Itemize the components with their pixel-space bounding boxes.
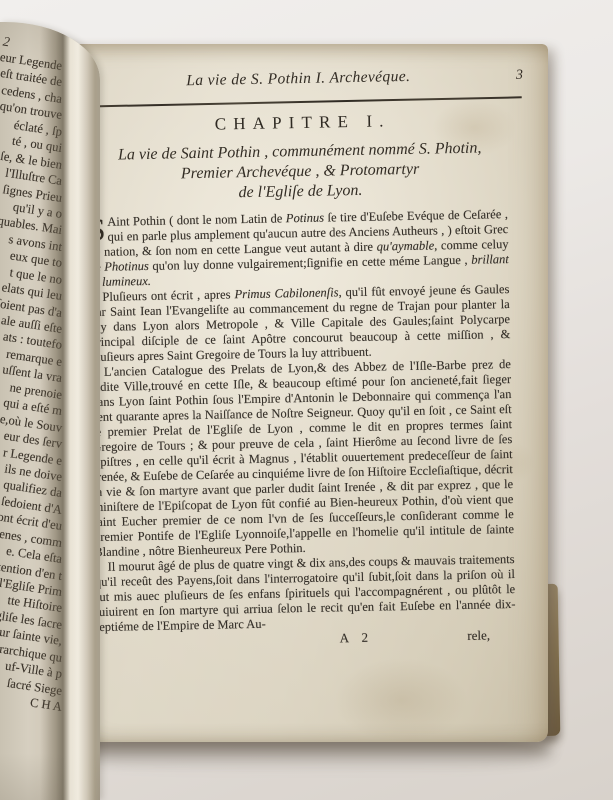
verso-text-fragments: eur Legendeeſt traitée decedens , chaqu'…: [0, 58, 100, 716]
catchword: rele,: [467, 627, 490, 643]
text-run: L'ancien Catalogue des Prelats de Lyon,&…: [91, 357, 514, 559]
paragraph: Il mourut âgé de plus de quatre vingt & …: [95, 552, 516, 635]
recto-page-surface: La vie de S. Pothin I. Archevéque. 3 CHA…: [53, 39, 556, 746]
text-run: Pluſieurs ont écrit , apres: [102, 287, 234, 304]
paragraph: SAint Pothin ( dont le nom Latin de Poti…: [88, 207, 509, 290]
photo-background: La vie de S. Pothin I. Archevéque. 3 CHA…: [0, 0, 613, 800]
italic-run: qu'aymable: [377, 238, 435, 253]
running-title: La vie de S. Pothin I. Archevéque.: [186, 68, 410, 89]
running-head: La vie de S. Pothin I. Archevéque. 3: [53, 65, 543, 94]
header-rule: [84, 96, 522, 107]
verso-page-roll: 2 eur Legendeeſt traitée decedens , chaq…: [0, 22, 100, 800]
recto-page: La vie de S. Pothin I. Archevéque. 3 CHA…: [58, 44, 548, 742]
page-number: 3: [516, 68, 524, 84]
paragraph: Pluſieurs ont écrit , apres Primus Cabil…: [89, 282, 510, 365]
text-run: Il mourut âgé de plus de quatre vingt & …: [95, 552, 516, 634]
italic-run: Photinus: [104, 259, 149, 274]
body-text: SAint Pothin ( dont le nom Latin de Poti…: [88, 207, 516, 635]
italic-run: Potinus: [286, 210, 324, 225]
italic-run: Primus Cabilonenſis: [234, 285, 338, 301]
chapter-subtitle: La vie de Saint Pothin , communément nom…: [55, 137, 546, 206]
chapter-heading: CHAPITRE I.: [54, 108, 544, 137]
signature-mark: A 2: [339, 629, 373, 646]
verso-page-number: 2: [2, 34, 11, 51]
paragraph: L'ancien Catalogue des Prelats de Lyon,&…: [91, 357, 515, 560]
